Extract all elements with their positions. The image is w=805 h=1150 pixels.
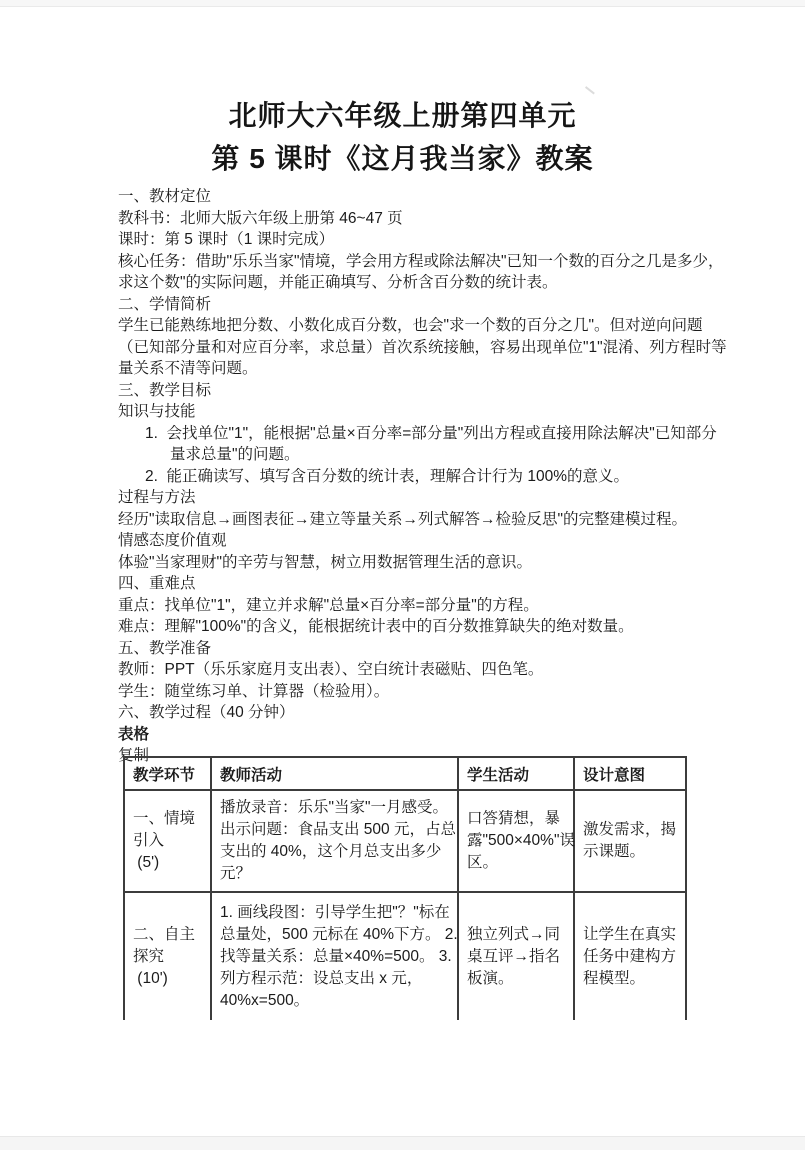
doc-text-line: 求这个数"的实际问题，并能正确填写、分析含百分数的统计表。	[118, 272, 718, 294]
doc-text-line: 核心任务：借助"乐乐当家"情境，学会用方程或除法解决"已知一个数的百分之几是多少…	[118, 251, 718, 273]
doc-text-line: 知识与技能	[118, 401, 718, 423]
cell-line: 40%x=500。	[220, 990, 449, 1012]
cell-teacher-activity: 1. 画线段图：引导学生把"？"标在总量处，500 元标在 40%下方。 2.找…	[211, 892, 458, 1020]
cell-design-intent: 让学生在真实任务中建构方程模型。	[574, 892, 686, 1020]
table-row: 二、自主探究 (10') 1. 画线段图：引导学生把"？"标在总量处，500 元…	[124, 892, 686, 1020]
doc-text-line: 课时：第 5 课时（1 课时完成）	[118, 229, 718, 251]
cell-line: 程模型。	[583, 968, 677, 990]
cell-line: 总量处，500 元标在 40%下方。 2.	[220, 924, 449, 946]
cell-design-intent: 激发需求，揭示课题。	[574, 790, 686, 892]
cell-line: (10')	[133, 968, 202, 990]
cell-stage: 二、自主探究 (10')	[124, 892, 211, 1020]
cell-line: 支出的 40%，这个月总支出多少	[220, 841, 449, 863]
cell-line: 独立列式→同	[467, 924, 565, 946]
lesson-plan-table: 教学环节 教师活动 学生活动 设计意图 一、情境引入 (5') 播放录音：乐乐"…	[123, 756, 687, 1020]
cell-line: 任务中建构方	[583, 946, 677, 968]
doc-text-line: 重点：找单位"1"，建立并求解"总量×百分率=部分量"的方程。	[118, 595, 718, 617]
cell-line: 出示问题：食品支出 500 元，占总	[220, 819, 449, 841]
cell-student-activity: 口答猜想，暴露"500×40%"误区。	[458, 790, 574, 892]
cell-line: 口答猜想，暴	[467, 808, 565, 830]
cell-line: 播放录音：乐乐"当家"一月感受。	[220, 797, 449, 819]
cell-line: 找等量关系：总量×40%=500。 3.	[220, 946, 449, 968]
cell-line: 区。	[467, 852, 565, 874]
cell-line: 让学生在真实	[583, 924, 677, 946]
cell-line: (5')	[133, 852, 202, 874]
table-row: 一、情境引入 (5') 播放录音：乐乐"当家"一月感受。出示问题：食品支出 50…	[124, 790, 686, 892]
doc-text-line: 量关系不清等问题。	[118, 358, 718, 380]
cell-line: 探究	[133, 946, 202, 968]
col-header-teacher-activity: 教师活动	[211, 757, 458, 790]
cell-student-activity: 独立列式→同桌互评→指名板演。	[458, 892, 574, 1020]
section-heading-4: 四、重难点	[118, 573, 718, 595]
cell-line: 1. 画线段图：引导学生把"？"标在	[220, 902, 449, 924]
doc-text-line: 难点：理解"100%"的含义，能根据统计表中的百分数推算缺失的绝对数量。	[118, 616, 718, 638]
cell-line: 引入	[133, 830, 202, 852]
doc-text-line: 过程与方法	[118, 487, 718, 509]
section-heading-5: 五、教学准备	[118, 638, 718, 660]
section-heading-6: 六、教学过程（40 分钟）	[118, 702, 718, 724]
doc-text-line: 学生：随堂练习单、计算器（检验用）。	[118, 681, 718, 703]
section-heading-3: 三、教学目标	[118, 380, 718, 402]
doc-text-line: 量求总量"的问题。	[118, 444, 718, 466]
doc-title-line2: 第 5 课时《这月我当家》教案	[0, 143, 805, 175]
cell-line: 元？	[220, 863, 449, 885]
cell-line: 二、自主	[133, 924, 202, 946]
cell-line: 列方程示范：设总支出 x 元，	[220, 968, 449, 990]
doc-text-line: 经历"读取信息→画图表征→建立等量关系→列式解答→检验反思"的完整建模过程。	[118, 509, 718, 531]
cell-line: 一、情境	[133, 808, 202, 830]
document-body: 一、教材定位教科书：北师大版六年级上册第 46~47 页课时：第 5 课时（1 …	[118, 186, 718, 767]
doc-text-line: 2. 能正确读写、填写含百分数的统计表，理解合计行为 100%的意义。	[118, 466, 718, 488]
cell-line: 示课题。	[583, 841, 677, 863]
cell-line: 桌互评→指名	[467, 946, 565, 968]
col-header-stage: 教学环节	[124, 757, 211, 790]
doc-title-line1: 北师大六年级上册第四单元	[0, 100, 805, 132]
doc-text-line: 情感态度价值观	[118, 530, 718, 552]
section-heading-2: 二、学情简析	[118, 294, 718, 316]
cell-line: 露"500×40%"误	[467, 830, 565, 852]
table-label: 表格	[118, 724, 718, 746]
cell-line: 板演。	[467, 968, 565, 990]
cell-line: 激发需求，揭	[583, 819, 677, 841]
col-header-design-intent: 设计意图	[574, 757, 686, 790]
col-header-student-activity: 学生活动	[458, 757, 574, 790]
cell-stage: 一、情境引入 (5')	[124, 790, 211, 892]
doc-text-line: 教师：PPT（乐乐家庭月支出表）、空白统计表磁贴、四色笔。	[118, 659, 718, 681]
doc-text-line: 学生已能熟练地把分数、小数化成百分数，也会"求一个数的百分之几"。但对逆向问题	[118, 315, 718, 337]
doc-text-line: 1. 会找单位"1"，能根据"总量×百分率=部分量"列出方程或直接用除法解决"已…	[118, 423, 718, 445]
stray-mark	[585, 87, 595, 95]
section-heading-1: 一、教材定位	[118, 186, 718, 208]
cell-teacher-activity: 播放录音：乐乐"当家"一月感受。出示问题：食品支出 500 元，占总支出的 40…	[211, 790, 458, 892]
doc-text-line: 教科书：北师大版六年级上册第 46~47 页	[118, 208, 718, 230]
page-top-margin	[0, 0, 805, 7]
doc-text-line: 体验"当家理财"的辛劳与智慧，树立用数据管理生活的意识。	[118, 552, 718, 574]
doc-text-line: （已知部分量和对应百分率，求总量）首次系统接触，容易出现单位"1"混淆、列方程时…	[118, 337, 718, 359]
table-header-row: 教学环节 教师活动 学生活动 设计意图	[124, 757, 686, 790]
page-bottom-margin	[0, 1136, 805, 1150]
